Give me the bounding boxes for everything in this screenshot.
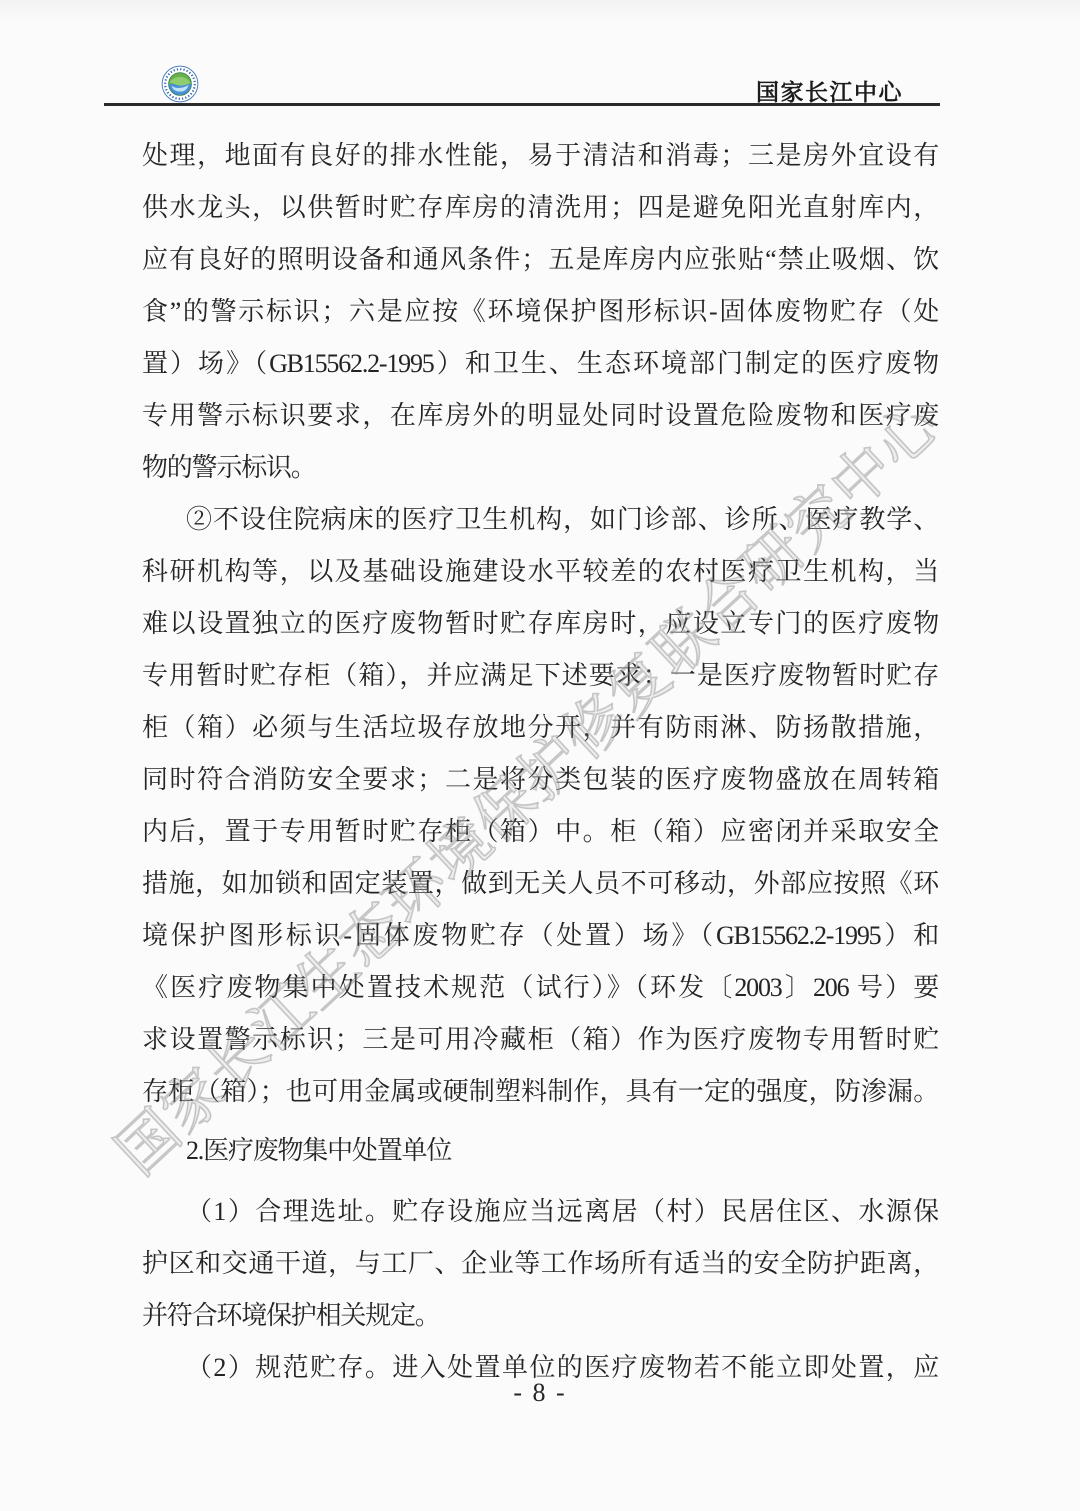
text-line: 措施，如加锁和固定装置，做到无关人员不可移动，外部应按照《环	[142, 858, 938, 910]
text-line: 求设置警示标识；三是可用冷藏柜（箱）作为医疗废物专用暂时贮	[142, 1014, 938, 1066]
text-line: 食”的警示标识；六是应按《环境保护图形标识-固体废物贮存（处	[142, 286, 938, 338]
section-heading: 2.医疗废物集中处置单位	[142, 1125, 938, 1177]
text-line: 专用警示标识要求，在库房外的明显处同时设置危险废物和医疗废	[142, 390, 938, 442]
text-line: 存柜（箱）；也可用金属或硬制塑料制作，具有一定的强度，防渗漏。	[142, 1066, 938, 1118]
text-line: 专用暂时贮存柜（箱），并应满足下述要求：一是医疗废物暂时贮存	[142, 650, 938, 702]
document-page: 国家长江生态环境保护修复联合研究中心 国家长江中心 处理，地面有良好的排水性能，…	[0, 0, 1080, 1511]
header-title: 国家长江中心	[756, 74, 903, 107]
text-line: 应有良好的照明设备和通风条件；五是库房内应张贴“禁止吸烟、饮	[142, 234, 938, 286]
text-line: 境保护图形标识-固体废物贮存（处置）场》（GB15562.2-1995）和	[142, 910, 938, 962]
text-line: 内后，置于专用暂时贮存柜（箱）中。柜（箱）应密闭并采取安全	[142, 806, 938, 858]
text-line: 科研机构等，以及基础设施建设水平较差的农村医疗卫生机构，当	[142, 546, 938, 598]
text-line: 难以设置独立的医疗废物暂时贮存库房时，应设立专门的医疗废物	[142, 598, 938, 650]
text-line: 物的警示标识。	[142, 442, 938, 494]
text-line: 《医疗废物集中处置技术规范（试行）》（环发〔2003〕206 号）要	[142, 962, 938, 1014]
text-line: （1）合理选址。贮存设施应当远离居（村）民居住区、水源保	[142, 1186, 938, 1238]
text-line: 供水龙头，以供暂时贮存库房的清洗用；四是避免阳光直射库内，	[142, 182, 938, 234]
page-number: - 8 -	[0, 1378, 1080, 1408]
text-line: 同时符合消防安全要求；二是将分类包装的医疗废物盛放在周转箱	[142, 754, 938, 806]
text-line: ②不设住院病床的医疗卫生机构，如门诊部、诊所、医疗教学、	[142, 494, 938, 546]
document-body: 处理，地面有良好的排水性能，易于清洁和消毒；三是房外宜设有供水龙头，以供暂时贮存…	[142, 130, 938, 1394]
text-line: 置）场》（GB15562.2-1995）和卫生、生态环境部门制定的医疗废物	[142, 338, 938, 390]
text-line: 护区和交通干道，与工厂、企业等工作场所有适当的安全防护距离，	[142, 1238, 938, 1290]
text-line: 并符合环境保护相关规定。	[142, 1290, 938, 1342]
text-line: 处理，地面有良好的排水性能，易于清洁和消毒；三是房外宜设有	[142, 130, 938, 182]
center-emblem-logo-icon	[161, 65, 199, 103]
text-line: 柜（箱）必须与生活垃圾存放地分开，并有防雨淋、防扬散措施，	[142, 702, 938, 754]
